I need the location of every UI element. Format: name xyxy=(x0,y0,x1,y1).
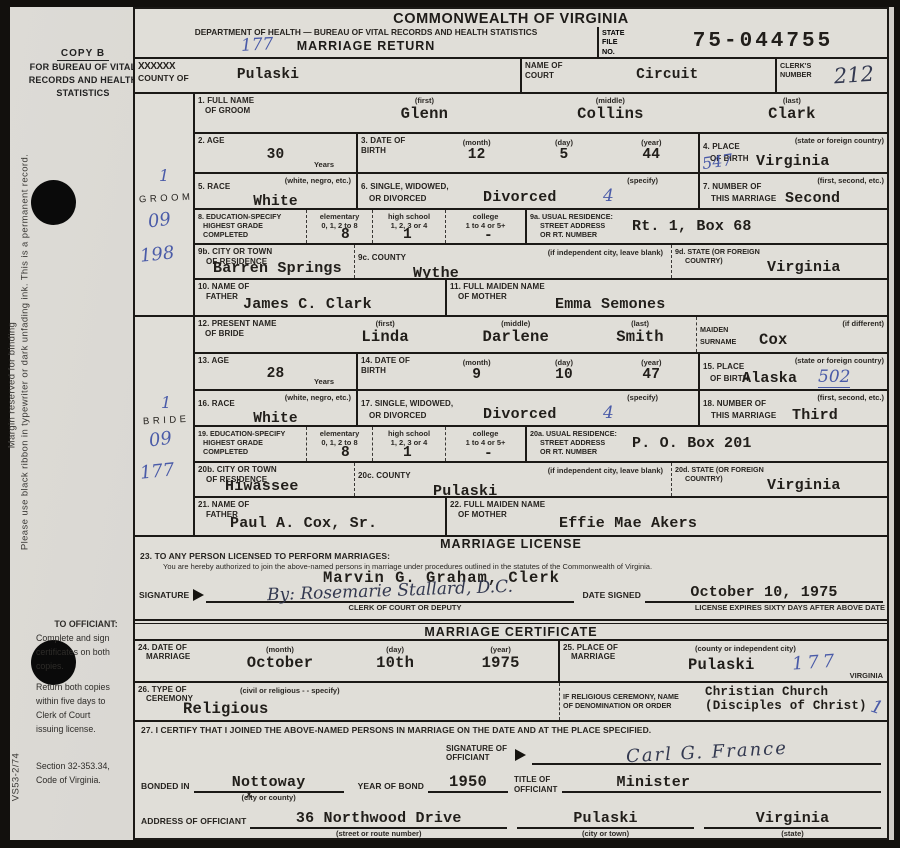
groom-residence-cell: 9a. USUAL RESIDENCE: STREET ADDRESS OR R… xyxy=(527,210,887,243)
license-signature-caption: CLERK OF COURT OR DEPUTY xyxy=(135,603,555,612)
bride-side-label: BRIDE xyxy=(143,414,190,427)
certificate-certify-statement: 27. I CERTIFY THAT I JOINED THE ABOVE-NA… xyxy=(135,722,887,735)
certificate-denomination-cell: IF RELIGIOUS CEREMONY, NAME OF DENOMINAT… xyxy=(560,683,887,720)
bride-side-column: 1 BRIDE 09 177 xyxy=(135,317,195,535)
groom-hand-1: 1 xyxy=(159,166,169,185)
groom-edu-elementary: elementary 0, 1, 2 to 8 8 xyxy=(307,210,373,243)
license-signature: By: Rosemarie Stallard, D.C. xyxy=(267,577,514,606)
bride-city-row: 20b. CITY OR TOWN OF RESIDENCE Hiwassee … xyxy=(195,463,887,498)
bride-mother-cell: 22. FULL MAIDEN NAME OF MOTHER Effie Mae… xyxy=(447,498,887,535)
bride-hand-3: 177 xyxy=(139,459,175,483)
groom-dob-year: 44 xyxy=(608,147,695,163)
year-of-bond-line: 1950 xyxy=(428,773,508,793)
bride-father-value: Paul A. Cox, Sr. xyxy=(230,515,377,532)
officiant-city-line: Pulaski xyxy=(517,809,694,829)
groom-age-cell: 2. AGE 30 Years xyxy=(195,134,358,172)
groom-city-value: Barren Springs xyxy=(213,260,342,277)
license-signature-line: By: Rosemarie Stallard, D.C. xyxy=(206,581,574,603)
bride-birth-row: 13. AGE 28 Years 14. DATE OF BIRTH (mont… xyxy=(195,354,887,391)
bride-edu-college: college 1 to 4 or 5+ - xyxy=(446,427,527,461)
bride-hand-2: 09 xyxy=(148,427,174,451)
bride-edu-label: 19. EDUCATION-SPECIFY HIGHEST GRADE COMP… xyxy=(195,427,307,461)
groom-race-row: 5. RACE (white, negro, etc.) White 6. SI… xyxy=(195,174,887,210)
groom-city-cell: 9b. CITY OR TOWN OF RESIDENCE Barren Spr… xyxy=(195,245,355,278)
license-title: MARRIAGE LICENSE xyxy=(135,537,887,551)
bride-city-cell: 20b. CITY OR TOWN OF RESIDENCE Hiwassee xyxy=(195,463,355,496)
clerk-number-value: 212 xyxy=(833,62,875,92)
copy-b-note: COPY B FOR BUREAU OF VITAL RECORDS AND H… xyxy=(24,43,142,100)
arrow-icon xyxy=(515,749,526,761)
officiant-title-line: Minister xyxy=(562,773,881,793)
groom-middle-name: Collins xyxy=(524,105,697,123)
document-paper: Margin reserved for binding Please use b… xyxy=(10,7,894,840)
bride-father-cell: 21. NAME OF FATHER Paul A. Cox, Sr. xyxy=(195,498,447,535)
bride-city-value: Hiwassee xyxy=(225,478,299,495)
groom-pob-cell: 4. PLACE (state or foreign country) OF B… xyxy=(700,134,887,172)
officiant-signature-line: Carl G. France xyxy=(532,742,881,765)
officiant-title-value: Minister xyxy=(617,774,691,791)
groom-education-row: 8. EDUCATION-SPECIFY HIGHEST GRADE COMPL… xyxy=(195,210,887,245)
license-date: October 10, 1975 xyxy=(690,584,837,601)
bride-dob-year: 47 xyxy=(608,367,695,383)
certificate-year: 1975 xyxy=(446,654,555,672)
clerk-number-cell: CLERK'S NUMBER 212 xyxy=(777,59,887,92)
bride-race-row: 16. RACE (white, negro, etc.) White 17. … xyxy=(195,391,887,427)
punch-hole-top xyxy=(31,180,76,225)
groom-race-value: White xyxy=(198,194,353,210)
bride-education-row: 19. EDUCATION-SPECIFY HIGHEST GRADE COMP… xyxy=(195,427,887,463)
bride-state-cell: 20d. STATE (OR FOREIGN COUNTRY) Virginia xyxy=(672,463,887,496)
bride-last-name: Smith xyxy=(584,328,696,346)
bride-residence-cell: 20a. USUAL RESIDENCE: STREET ADDRESS OR … xyxy=(527,427,887,461)
groom-residence-value: Rt. 1, Box 68 xyxy=(632,218,752,235)
marriage-certificate-section: MARRIAGE CERTIFICATE 24. DATE OF MARRIAG… xyxy=(135,621,887,838)
groom-side-column: 1 GROOM 09 198 xyxy=(135,94,195,315)
bride-county-cell: 20c. COUNTY (if independent city, leave … xyxy=(355,463,672,496)
officiant-street: 36 Northwood Drive xyxy=(296,810,462,827)
officiant-instructions: TO OFFICIANT: Complete and sign certific… xyxy=(36,617,136,737)
certificate-ceremony-row: 26. TYPE OF CEREMONY (civil or religious… xyxy=(135,683,887,722)
bride-marriage-no-value: Third xyxy=(792,407,838,424)
groom-section: 1 GROOM 09 198 1. FULL NAME OF GROOM (fi… xyxy=(135,94,887,315)
certificate-place-value: Pulaski xyxy=(688,656,755,674)
groom-mother-cell: 11. FULL MAIDEN NAME OF MOTHER Emma Semo… xyxy=(447,280,887,315)
groom-dob-cell: 3. DATE OF BIRTH (month) 12 (day) 5 (yea… xyxy=(358,134,700,172)
bride-section: 1 BRIDE 09 177 12. PRESENT NAME OF BRIDE… xyxy=(135,317,887,535)
groom-marital-value: Divorced xyxy=(483,189,557,206)
bride-dob-cell: 14. DATE OF BIRTH (month) 9 (day) 10 (ye… xyxy=(358,354,700,389)
groom-edu-highschool: high school 1, 2, 3 or 4 1 xyxy=(373,210,446,243)
bonded-value: Nottoway xyxy=(232,774,306,791)
groom-father-cell: 10. NAME OF FATHER James C. Clark xyxy=(195,280,447,315)
groom-mother-value: Emma Semones xyxy=(555,296,665,313)
groom-dob-day: 5 xyxy=(520,147,607,163)
groom-father-value: James C. Clark xyxy=(243,296,372,313)
marriage-license-section: MARRIAGE LICENSE 23. TO ANY PERSON LICEN… xyxy=(135,537,887,621)
groom-state-cell: 9d. STATE (OR FOREIGN COUNTRY) Virginia xyxy=(672,245,887,278)
bride-first-name: Linda xyxy=(323,328,447,346)
certificate-date-cell: 24. DATE OF MARRIAGE (month) October (da… xyxy=(135,641,560,681)
arrow-icon xyxy=(193,589,204,601)
groom-name-label: 1. FULL NAME OF GROOM xyxy=(195,94,325,132)
form-title: MARRIAGE RETURN xyxy=(135,39,597,53)
code-citation: Section 32-353.34, Code of Virginia. xyxy=(36,759,136,787)
bride-maiden-value: Cox xyxy=(759,331,788,349)
handwritten-file-annotation: 177 xyxy=(240,34,273,56)
bride-pob-hand: 502 xyxy=(818,367,850,388)
bride-name-row: 12. PRESENT NAME OF BRIDE (first) Linda … xyxy=(195,317,887,354)
officiant-address-row: ADDRESS OF OFFICIANT 36 Northwood Drive … xyxy=(135,803,887,838)
scanned-marriage-return: Margin reserved for binding Please use b… xyxy=(0,0,900,848)
marriage-return-form: COMMONWEALTH OF VIRGINIA DEPARTMENT OF H… xyxy=(133,7,889,840)
bride-state-value: Virginia xyxy=(767,477,841,494)
department-line: DEPARTMENT OF HEALTH — BUREAU OF VITAL R… xyxy=(135,27,597,57)
bride-mother-value: Effie Mae Akers xyxy=(559,515,697,532)
groom-race-cell: 5. RACE (white, negro, etc.) White xyxy=(195,174,358,208)
officiant-state-line: Virginia xyxy=(704,809,881,829)
bride-marital-cell: 17. SINGLE, WIDOWED, (specify) OR DIVORC… xyxy=(358,391,700,425)
bride-pob-cell: 15. PLACE (state or foreign country) OF … xyxy=(700,354,887,389)
year-of-bond-value: 1950 xyxy=(449,773,487,791)
groom-edu-label: 8. EDUCATION-SPECIFY HIGHEST GRADE COMPL… xyxy=(195,210,307,243)
certificate-place-state: VIRGINIA xyxy=(850,671,883,680)
groom-last-name: Clark xyxy=(697,105,887,123)
bride-marital-hand: 4 xyxy=(603,403,614,423)
groom-hand-3: 198 xyxy=(139,242,175,266)
groom-edu-college: college 1 to 4 or 5+ - xyxy=(446,210,527,243)
court-value: Circuit xyxy=(563,67,772,83)
bride-edu-highschool: high school 1, 2, 3 or 4 1 xyxy=(373,427,446,461)
certificate-title: MARRIAGE CERTIFICATE xyxy=(135,623,887,641)
certificate-denomination-1: Christian Church xyxy=(705,685,884,699)
strikeout-mark: XXXXXX xyxy=(138,61,189,73)
groom-marital-hand: 4 xyxy=(603,186,614,206)
bride-middle-name: Darlene xyxy=(447,328,584,346)
bride-marriage-no-cell: 18. NUMBER OF (first, second, etc.) THIS… xyxy=(700,391,887,425)
bride-parents-row: 21. NAME OF FATHER Paul A. Cox, Sr. 22. … xyxy=(195,498,887,535)
certificate-ceremony-value: Religious xyxy=(183,700,269,718)
officiant-signature: Carl G. France xyxy=(625,738,788,767)
bride-hand-1: 1 xyxy=(161,393,171,412)
license-expiry-note: LICENSE EXPIRES SIXTY DAYS AFTER ABOVE D… xyxy=(555,603,887,612)
certificate-ceremony-cell: 26. TYPE OF CEREMONY (civil or religious… xyxy=(135,683,560,720)
form-header: COMMONWEALTH OF VIRGINIA DEPARTMENT OF H… xyxy=(135,9,887,59)
bride-pob-value: Alaska xyxy=(742,370,797,387)
groom-pob-value: Virginia xyxy=(756,153,830,170)
groom-county-cell: 9c. COUNTY (if independent city, leave b… xyxy=(355,245,672,278)
bride-maiden-cell: MAIDEN (if different) SURNAME Cox xyxy=(696,317,887,352)
bonded-line: Nottoway xyxy=(194,773,344,793)
state-file-label: STATE FILE NO. xyxy=(597,27,639,57)
groom-marital-cell: 6. SINGLE, WIDOWED, (specify) OR DIVORCE… xyxy=(358,174,700,208)
certificate-date-place-row: 24. DATE OF MARRIAGE (month) October (da… xyxy=(135,641,887,683)
groom-marriage-no-value: Second xyxy=(785,190,840,207)
bride-dob-day: 10 xyxy=(520,367,607,383)
state-file-number: 75-044755 xyxy=(639,27,887,57)
bride-race-value: White xyxy=(198,411,353,427)
certificate-month: October xyxy=(216,654,344,672)
certificate-place-hand: 177 xyxy=(791,650,839,674)
certificate-day: 10th xyxy=(344,654,446,672)
groom-hand-2: 09 xyxy=(147,208,173,232)
court-row: XXXXXX COUNTY OF Pulaski NAME OF COURT C… xyxy=(135,59,887,94)
certificate-denomination-2: (Disciples of Christ) xyxy=(705,699,884,713)
groom-birth-row: 2. AGE 30 Years 3. DATE OF BIRTH (month)… xyxy=(195,134,887,174)
certificate-place-cell: 25. PLACE OF MARRIAGE (county or indepen… xyxy=(560,641,887,681)
county-value: Pulaski xyxy=(237,67,299,83)
court-cell: NAME OF COURT Circuit xyxy=(522,59,777,92)
license-item-23: 23. TO ANY PERSON LICENSED TO PERFORM MA… xyxy=(135,551,887,561)
groom-side-label: GROOM xyxy=(139,192,194,206)
groom-city-row: 9b. CITY OR TOWN OF RESIDENCE Barren Spr… xyxy=(195,245,887,280)
bride-name-label: 12. PRESENT NAME OF BRIDE xyxy=(195,317,323,352)
officiant-signature-row: SIGNATURE OF OFFICIANT Carl G. France xyxy=(135,735,887,765)
county-cell: XXXXXX COUNTY OF Pulaski xyxy=(135,59,522,92)
groom-state-value: Virginia xyxy=(767,259,841,276)
bond-row: BONDED IN Nottoway (city or county) X YE… xyxy=(135,765,887,803)
bride-marital-value: Divorced xyxy=(483,406,557,423)
officiant-city: Pulaski xyxy=(573,810,637,827)
groom-dob-month: 12 xyxy=(433,147,520,163)
bride-edu-elementary: elementary 0, 1, 2 to 8 8 xyxy=(307,427,373,461)
groom-first-name: Glenn xyxy=(325,105,524,123)
bonded-caption: (city or county) X xyxy=(194,793,344,802)
groom-name-row: 1. FULL NAME OF GROOM (first) Glenn (mid… xyxy=(195,94,887,134)
groom-parents-row: 10. NAME OF FATHER James C. Clark 11. FU… xyxy=(195,280,887,315)
commonwealth-title: COMMONWEALTH OF VIRGINIA xyxy=(135,9,887,27)
officiant-state: Virginia xyxy=(756,810,830,827)
bride-age-cell: 13. AGE 28 Years xyxy=(195,354,358,389)
groom-marriage-no-cell: 7. NUMBER OF (first, second, etc.) THIS … xyxy=(700,174,887,208)
bride-residence-value: P. O. Box 201 xyxy=(632,435,752,452)
bride-dob-month: 9 xyxy=(433,367,520,383)
license-date-line: October 10, 1975 xyxy=(645,583,883,603)
officiant-street-line: 36 Northwood Drive xyxy=(250,809,507,829)
bonded-caption-strike: X xyxy=(246,790,253,801)
groom-pob-hand: 547 xyxy=(701,150,734,173)
bride-race-cell: 16. RACE (white, negro, etc.) White xyxy=(195,391,358,425)
